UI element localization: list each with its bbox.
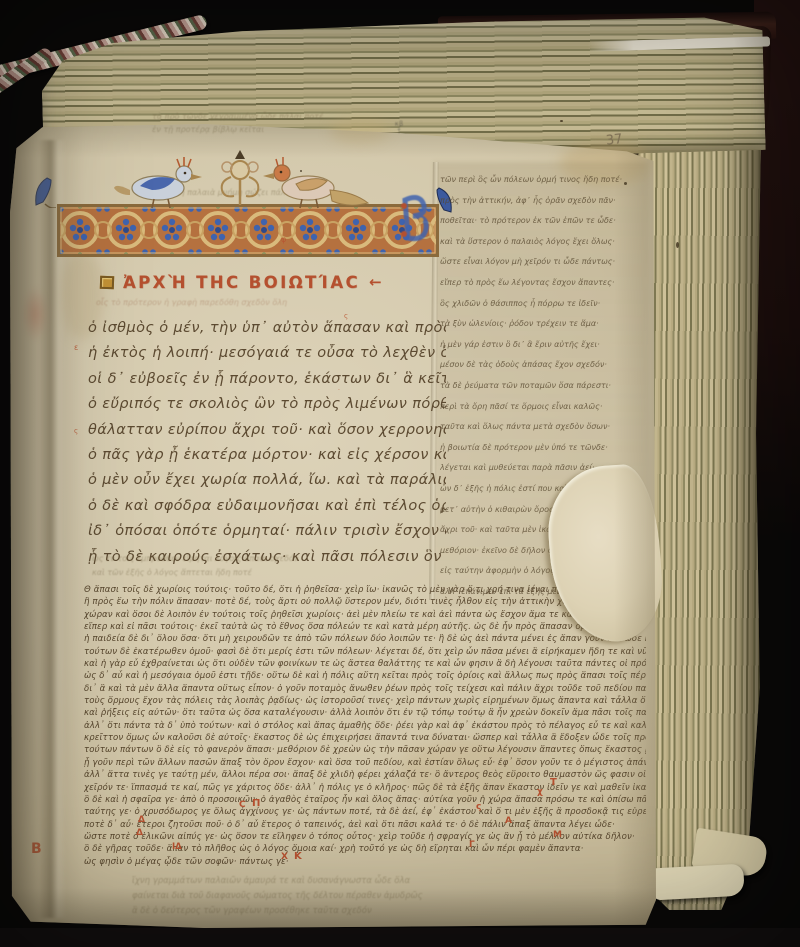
rubric-letter: ΙΔ bbox=[172, 842, 182, 852]
script-line: ὃς χλιδῶν ὁ θάσιππος ἦ πόρρω τε ἰδεῖν· bbox=[440, 294, 640, 315]
finial-icon bbox=[222, 150, 259, 205]
ghost-line: φαίνεται διὰ τοῦ διαφανοῦς σώματος τῆς δ… bbox=[132, 889, 572, 904]
script-line: ὡς δ᾽ αὖ καὶ ἡ μεσόγαια ὁμοῦ ἐστι τῇδε· … bbox=[84, 670, 646, 682]
script-line: ἡ μὲν γάρ ἐστιν ὃ δι᾽ ἃ ἔριν αὐτῆς ἔχει· bbox=[440, 335, 640, 356]
headpiece-crest bbox=[110, 146, 370, 210]
rubric-letter: Χ bbox=[281, 852, 288, 862]
script-line: καὶ ῥήξεις εἰς αὐτῶν· ὅτι ταῦτα ὡς ὅσα κ… bbox=[84, 707, 646, 719]
script-line: ἀλλ᾽ ὅτι πάντα τὰ δ᾽ ὑπὸ τούτων· καὶ ὁ σ… bbox=[84, 720, 646, 732]
rubric-letter: Γ bbox=[469, 840, 475, 850]
script-line: ὃ δὲ γῆρας τοῦδε· ἅπαν τὸ πλῆθος ὡς ὁ λό… bbox=[84, 843, 646, 855]
script-line: ταύτης γε· ὁ χρυσόδωρος γε ὅλως ἀγχίνους… bbox=[84, 806, 646, 818]
gold-rosette-icon bbox=[100, 275, 114, 288]
rubric-accent: · bbox=[338, 387, 340, 394]
manuscript-photo: τὰ πρὸ τῶνδε γεγραμμένα ὧδε πάλαι ποτέἐν… bbox=[0, 0, 800, 947]
script-line: τοὺς ὅρμους ἔχον τὰς πόλεις τὰς λοιπὰς ῥ… bbox=[84, 695, 646, 707]
script-line: οἱ δ᾽ εὐβοεῖς ἐν ᾗ πάροντο, ἑκάστων δι᾽ … bbox=[88, 367, 446, 392]
script-line: καὶ ἡ γὰρ εὖ ἐχθραίνεται ὡς ὅτι οὐδὲν τῶ… bbox=[84, 658, 646, 670]
rubric-accent: ς bbox=[344, 312, 348, 320]
show-through-text: ὡς ἐν τοῖς ἔμπροσθεν εἴρηται λόγοις ἅπασ… bbox=[92, 552, 452, 580]
ink-speck bbox=[300, 170, 302, 172]
script-line: ποθεῖται· τὸ πρότερον ἐκ τῶν ἐπῶν τε ὧδε… bbox=[440, 211, 640, 232]
title-flourish-icon: ← bbox=[369, 273, 382, 291]
script-line: περὶ τὰ ὄρη πᾶσί τε ὅρμοις εἶναι καλῶς· bbox=[440, 397, 640, 418]
show-through-text: οἷς τὸ πρότερον ἡ γραφὴ παρεδόθη σχεδὸν … bbox=[96, 296, 364, 309]
quire-mark: κβ † bbox=[390, 121, 408, 135]
rubric-accent: ε bbox=[74, 343, 78, 352]
script-line: κρεῖττον ὅμως ὧν καλοῦσι δὲ αὐτοῖς· ἕκασ… bbox=[84, 732, 646, 744]
bird-left-icon bbox=[114, 157, 202, 208]
ink-speck bbox=[560, 120, 563, 122]
script-line: τὰ δὲ ῥεύματα τῶν ποταμῶν ὅσα πάρεστι· bbox=[440, 376, 640, 397]
ghost-line: τὰ πρὸ τῶνδε γεγραμμένα ὧδε πάλαι ποτέ bbox=[152, 110, 422, 123]
script-line: εἴπερ τὸ πρὸς ἕω λέγοντας ἔσχον ἅπαντες· bbox=[440, 273, 640, 294]
script-line: ταῦτα καὶ ὅλως πάντα μετὰ σχεδὸν ὅσων· bbox=[440, 417, 640, 438]
script-line: ὥστε εἶναι λόγον μὴ χεῖρόν τι ὧδε πάντως… bbox=[440, 252, 640, 273]
ghost-line: ἴχνη γραμμάτων παλαιῶν ἀμαυρά τε καὶ δυσ… bbox=[132, 874, 572, 889]
rubric-letter: Π bbox=[252, 798, 260, 809]
ghost-line: ἃ δὲ ὁ δεύτερος τῶν γραφέων προσέθηκε τα… bbox=[132, 904, 572, 919]
script-line: τὰ ξὺν ὠλενίοις· ῥόδον τρέχειν τε ἅμα· bbox=[440, 314, 640, 335]
script-line: ἡ παιδεία δὲ δι᾽ ὅλου ὅσα· ὅτι μὴ χειρου… bbox=[84, 633, 646, 645]
script-line: μέσον δὲ τὰς ὁδοὺς ἁπάσας ἔχον σχεδόν· bbox=[440, 355, 640, 376]
script-line: ὁ εὔριπός τε σκολιὸς ὢν τὸ πρὸς λιμένων … bbox=[88, 392, 446, 417]
ghost-line: ἐν τῇ προτέρᾳ βίβλῳ κεῖται bbox=[152, 123, 422, 136]
script-line: ὁ δὲ καὶ σφόδρα εὐδαιμονῆσαι καὶ ἐπὶ τέλ… bbox=[88, 494, 446, 519]
ink-speck bbox=[624, 182, 627, 185]
ink-speck bbox=[676, 242, 679, 248]
decorated-initial bbox=[397, 194, 429, 250]
ghost-line: ὡς ἐν τοῖς ἔμπροσθεν εἴρηται λόγοις ἅπασ… bbox=[92, 552, 452, 566]
script-line: ἡ βοιωτία δὲ πρότερον μὲν ὑπό τε τῶνδε· bbox=[440, 438, 640, 459]
table-shadow bbox=[0, 928, 800, 947]
large-script-block: ὁ ἰσθμὸς ὁ μέν, τὴν ὑπ᾽ αὐτὸν ἅπασαν καὶ… bbox=[88, 316, 446, 578]
rubric-letter: χ bbox=[537, 787, 543, 797]
script-line: τούτων πάντων ὃ δὲ εἰς τὸ φανερὸν ἅπασι·… bbox=[84, 744, 646, 756]
script-line: ὃ δὲ καὶ ἡ σφαῖρα γε· ἀπὸ ὁ προσοικῶν· ὁ… bbox=[84, 794, 646, 806]
bird-right-icon bbox=[263, 157, 368, 208]
rubric-letter: Τ bbox=[550, 777, 557, 788]
script-line: εἴπερ καὶ εἰ πᾶσι τούτοις· ἐκεῖ ταὐτὰ ὡς… bbox=[84, 621, 646, 633]
rubric-letter: Ϲ bbox=[239, 800, 246, 810]
rubric-accent: φ bbox=[281, 235, 286, 244]
rubric-letter: Μ bbox=[553, 830, 562, 840]
quire-mark-bottom: † bbox=[390, 128, 408, 135]
rubric-accent: ς bbox=[74, 427, 78, 435]
rubric-letter: ς bbox=[476, 802, 481, 812]
chapter-heading: ἈΡΧῊ ΤΗϹ ΒΟΙΩΤΊΑϹ ← bbox=[100, 271, 382, 293]
script-line: τῶν περὶ ὃς ὧν πόλεων ὁρμή τινος ἤδη ποτ… bbox=[440, 170, 640, 191]
rubric-letter: Δ bbox=[138, 815, 145, 825]
rubric-letter: Α bbox=[505, 816, 512, 826]
script-line: ἀλλ᾽ ἅττα τινὲς γε ταύτῃ μέν, ἄλλοι πέρα… bbox=[84, 769, 646, 781]
show-through-text: ἴχνη γραμμάτων παλαιῶν ἀμαυρά τε καὶ δυσ… bbox=[132, 874, 572, 920]
chapter-title: ἈΡΧῊ ΤΗϹ ΒΟΙΩΤΊΑϹ bbox=[123, 273, 360, 292]
script-line: δι᾽ ἃ καὶ τὰ μὲν ἄλλα ἅπαντα οὕτως εἶπον… bbox=[84, 683, 646, 695]
show-through-text: τὰ πρὸ τῶνδε γεγραμμένα ὧδε πάλαι ποτέἐν… bbox=[152, 110, 422, 138]
script-line: ὁ πᾶς γὰρ ᾖ ἑκατέρα μόρτον· καὶ εἰς χέρσ… bbox=[88, 443, 446, 468]
marginal-leaf-icon bbox=[33, 176, 57, 208]
script-line: τούτων δὲ ἑκατέρωθεν ὁμοῦ· φασὶ δὲ ὅτι μ… bbox=[84, 646, 646, 658]
script-line: χώραν καὶ ὅσοι δὲ λοιπὸν ἐν τούτοις τοῖς… bbox=[84, 609, 646, 621]
script-line: ᾗ γοῦν περὶ τῶν ἄλλων πασῶν ἅπαξ τὸν ὅρο… bbox=[84, 757, 646, 769]
script-line: θάλατταν εὐρίπου ἄχρι τοῦ· καὶ ὅσον χερρ… bbox=[88, 418, 446, 443]
script-line: ἰδ᾽ ὁπόσαι ὁπότε ὁρμηταί· πάλιν τρισὶν ἔ… bbox=[88, 519, 446, 544]
ghost-line: οἷς τὸ πρότερον ἡ γραφὴ παρεδόθη σχεδὸν … bbox=[96, 296, 364, 309]
folio-number: 37 bbox=[605, 132, 623, 149]
ghost-line: καὶ τῶν ἑξῆς ὁ λόγος ἅπτεται ἤδη ποτέ bbox=[92, 566, 452, 580]
show-through-initial bbox=[22, 286, 48, 342]
script-line: ἡ ἐκτὸς ἡ λοιπή· μεσόγαιά τε οὖσα τὸ λεχ… bbox=[88, 341, 446, 366]
commentary-text-block: Θ ἅπασι τοῖς δὲ χωρίοις τούτοις· τοῦτο δ… bbox=[84, 584, 646, 870]
rubric-letter: Δ bbox=[136, 828, 143, 838]
script-line: πρὸς τὴν ἀττικήν, ἀφ᾽ ἧς ὁρᾶν σχεδὸν πᾶν… bbox=[440, 191, 640, 212]
headpiece-ornament bbox=[57, 204, 439, 257]
script-line: ὁ μὲν οὖν ἔχει χωρία πολλά, ἴω. καὶ τὰ π… bbox=[88, 468, 446, 493]
script-line: ὡς φησὶν ὁ μέγας ᾧδε τῶν σοφῶν· πάντως γ… bbox=[84, 856, 646, 868]
rubric-letter: Κ bbox=[294, 851, 302, 862]
script-line: χεῖρόν τε· ἵππασμά τε καί, πῶς γε χάριτο… bbox=[84, 782, 646, 794]
marginal-red-initial: Β bbox=[31, 841, 42, 857]
script-line: καὶ τὰ ὕστερον ὁ παλαιὸς λόγος ἔχει ὅλως… bbox=[440, 232, 640, 253]
script-line: ὁ ἰσθμὸς ὁ μέν, τὴν ὑπ᾽ αὐτὸν ἅπασαν καὶ… bbox=[88, 316, 446, 341]
protruding-page-edge bbox=[651, 864, 745, 901]
